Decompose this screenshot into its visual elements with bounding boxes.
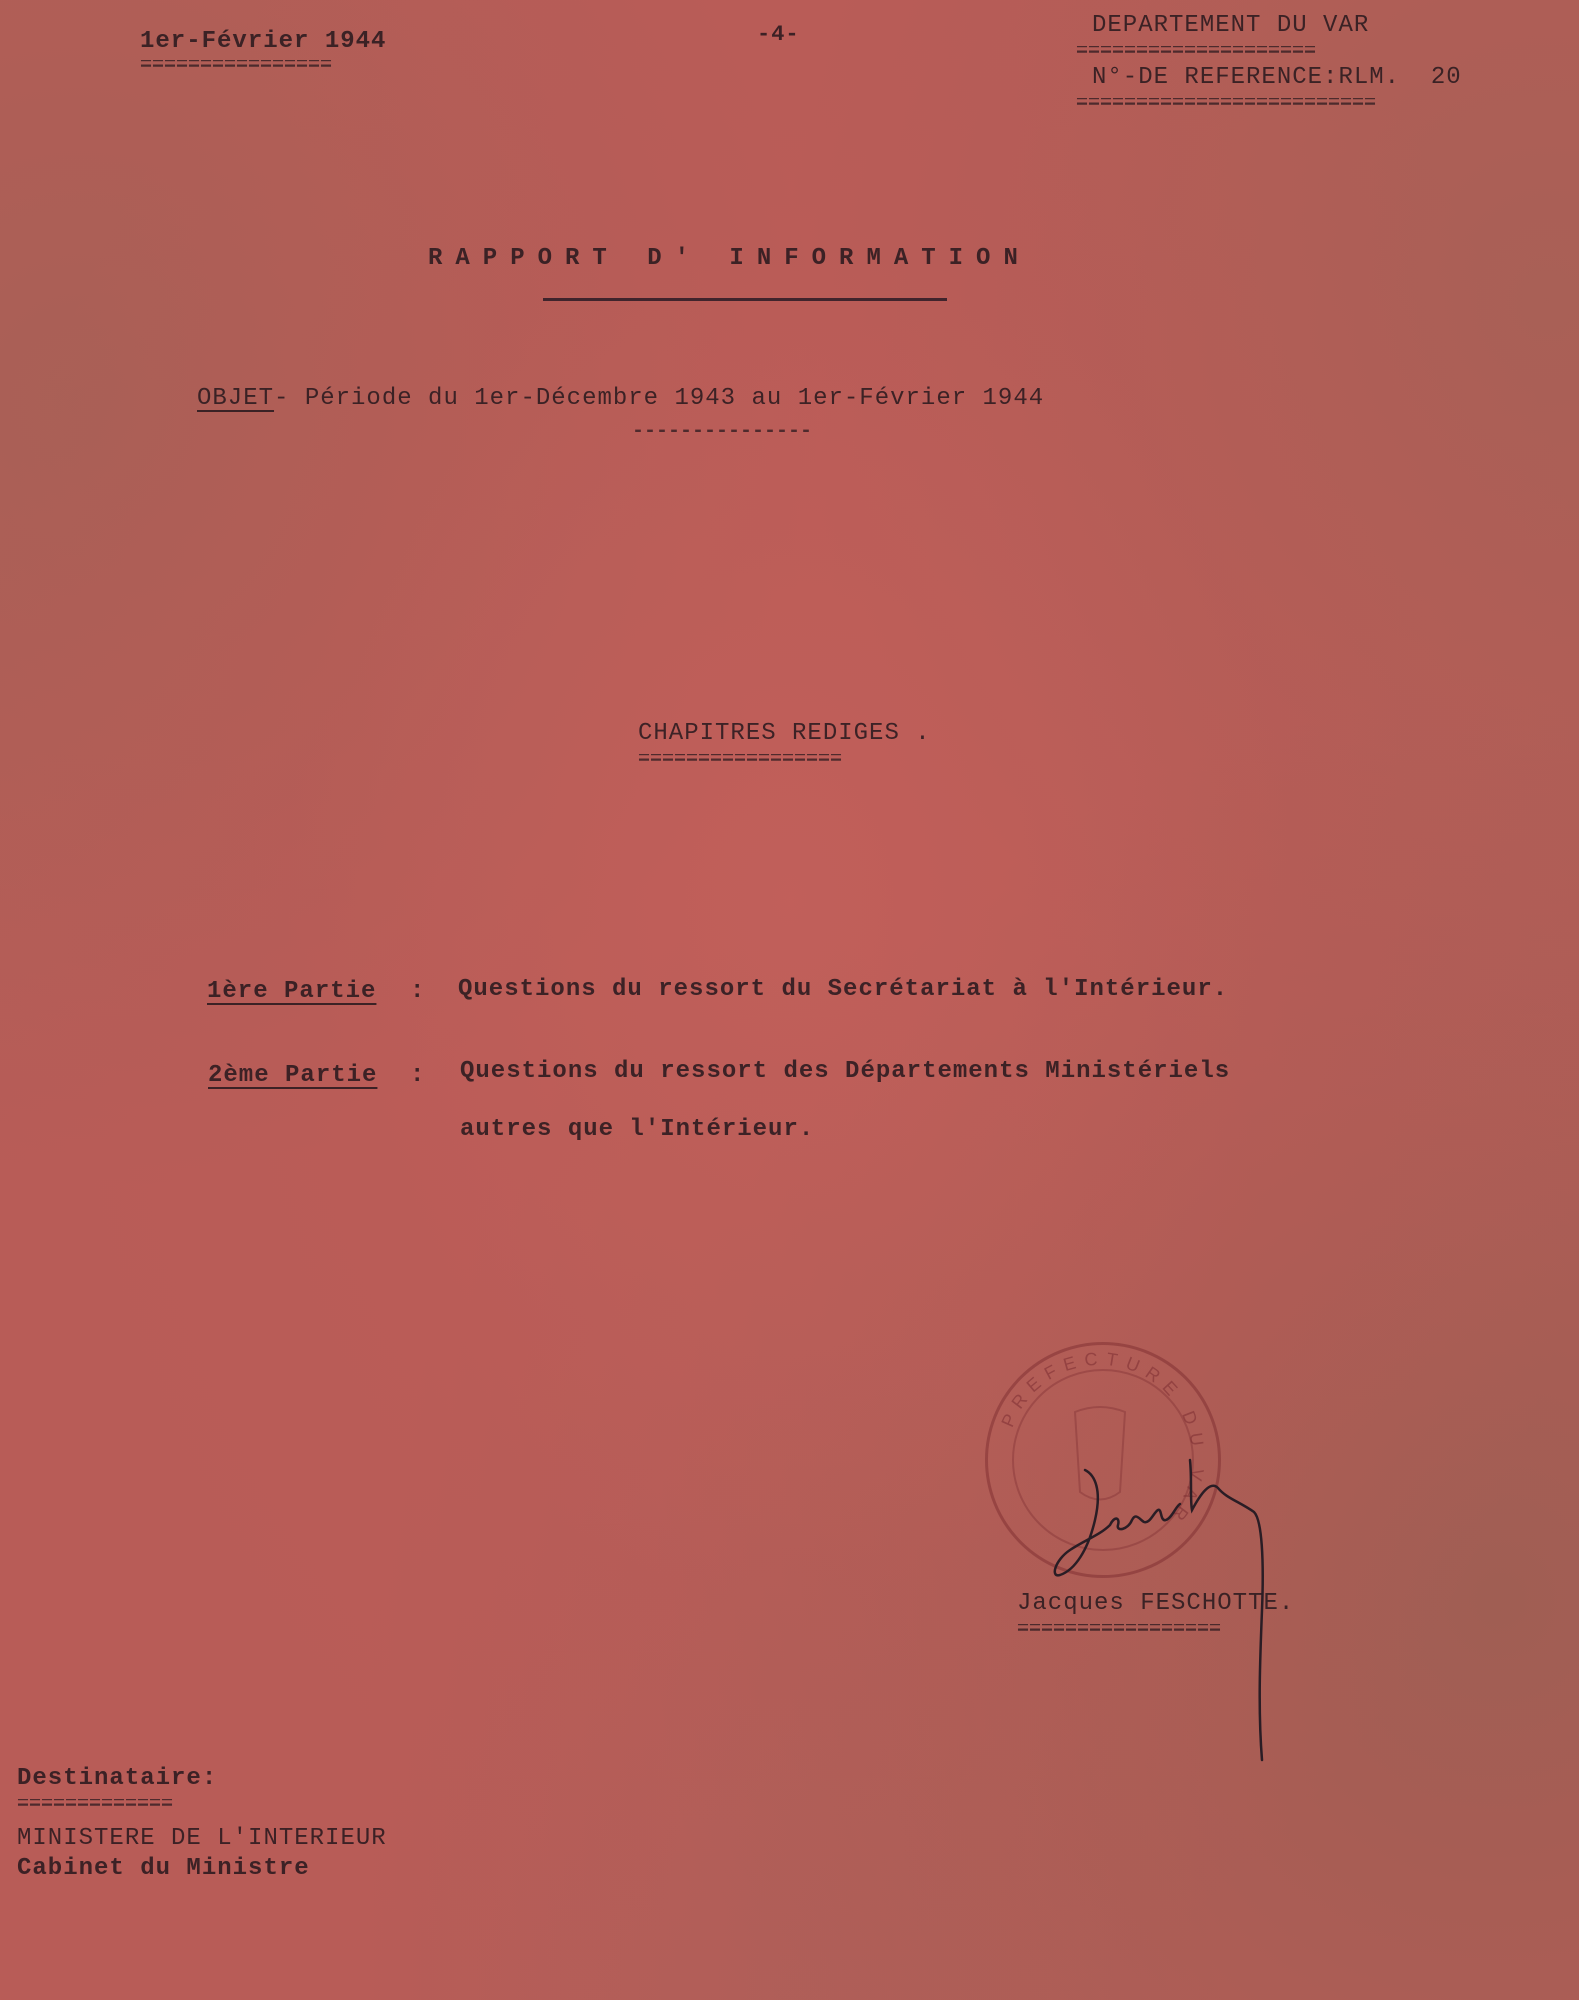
object-label: OBJET xyxy=(197,385,274,412)
recipient-line-2: Cabinet du Ministre xyxy=(17,1855,310,1882)
part-2-continuation: autres que l'Intérieur. xyxy=(460,1116,814,1143)
chapters-heading-rule: ================= xyxy=(638,754,842,766)
chapters-heading: CHAPITRES REDIGES . xyxy=(638,720,931,747)
header-department: DEPARTEMENT DU VAR xyxy=(1092,12,1369,39)
title-underline xyxy=(543,298,947,301)
part-2-label: 2ème Partie xyxy=(208,1062,377,1089)
signatory-name: Jacques FESCHOTTE. xyxy=(1017,1590,1294,1617)
header-date-rule: ================ xyxy=(140,60,332,72)
part-1-separator: : xyxy=(410,978,425,1005)
recipient-label: Destinataire: xyxy=(17,1765,217,1792)
object-rule: --------------- xyxy=(632,426,812,438)
header-date: 1er-Février 1944 xyxy=(140,28,386,55)
page-number: -4- xyxy=(757,22,800,47)
object-line: OBJET- Période du 1er-Décembre 1943 au 1… xyxy=(197,385,1044,412)
recipient-label-rule: ============= xyxy=(17,1799,173,1811)
document-title: RAPPORT D' INFORMATION xyxy=(428,245,1031,272)
part-1-label: 1ère Partie xyxy=(207,978,376,1005)
header-department-rule: ==================== xyxy=(1076,46,1316,58)
recipient-line-1: MINISTERE DE L'INTERIEUR xyxy=(17,1825,387,1852)
object-text: - Période du 1er-Décembre 1943 au 1er-Fé… xyxy=(274,385,1044,412)
part-1-text: Questions du ressort du Secrétariat à l'… xyxy=(458,976,1228,1003)
part-2-separator: : xyxy=(410,1062,425,1089)
signatory-rule: ================= xyxy=(1017,1624,1221,1636)
header-reference: N°-DE REFERENCE:RLM. 20 xyxy=(1092,64,1462,91)
part-2-text: Questions du ressort des Départements Mi… xyxy=(460,1058,1230,1085)
header-reference-rule: ========================= xyxy=(1076,98,1376,110)
